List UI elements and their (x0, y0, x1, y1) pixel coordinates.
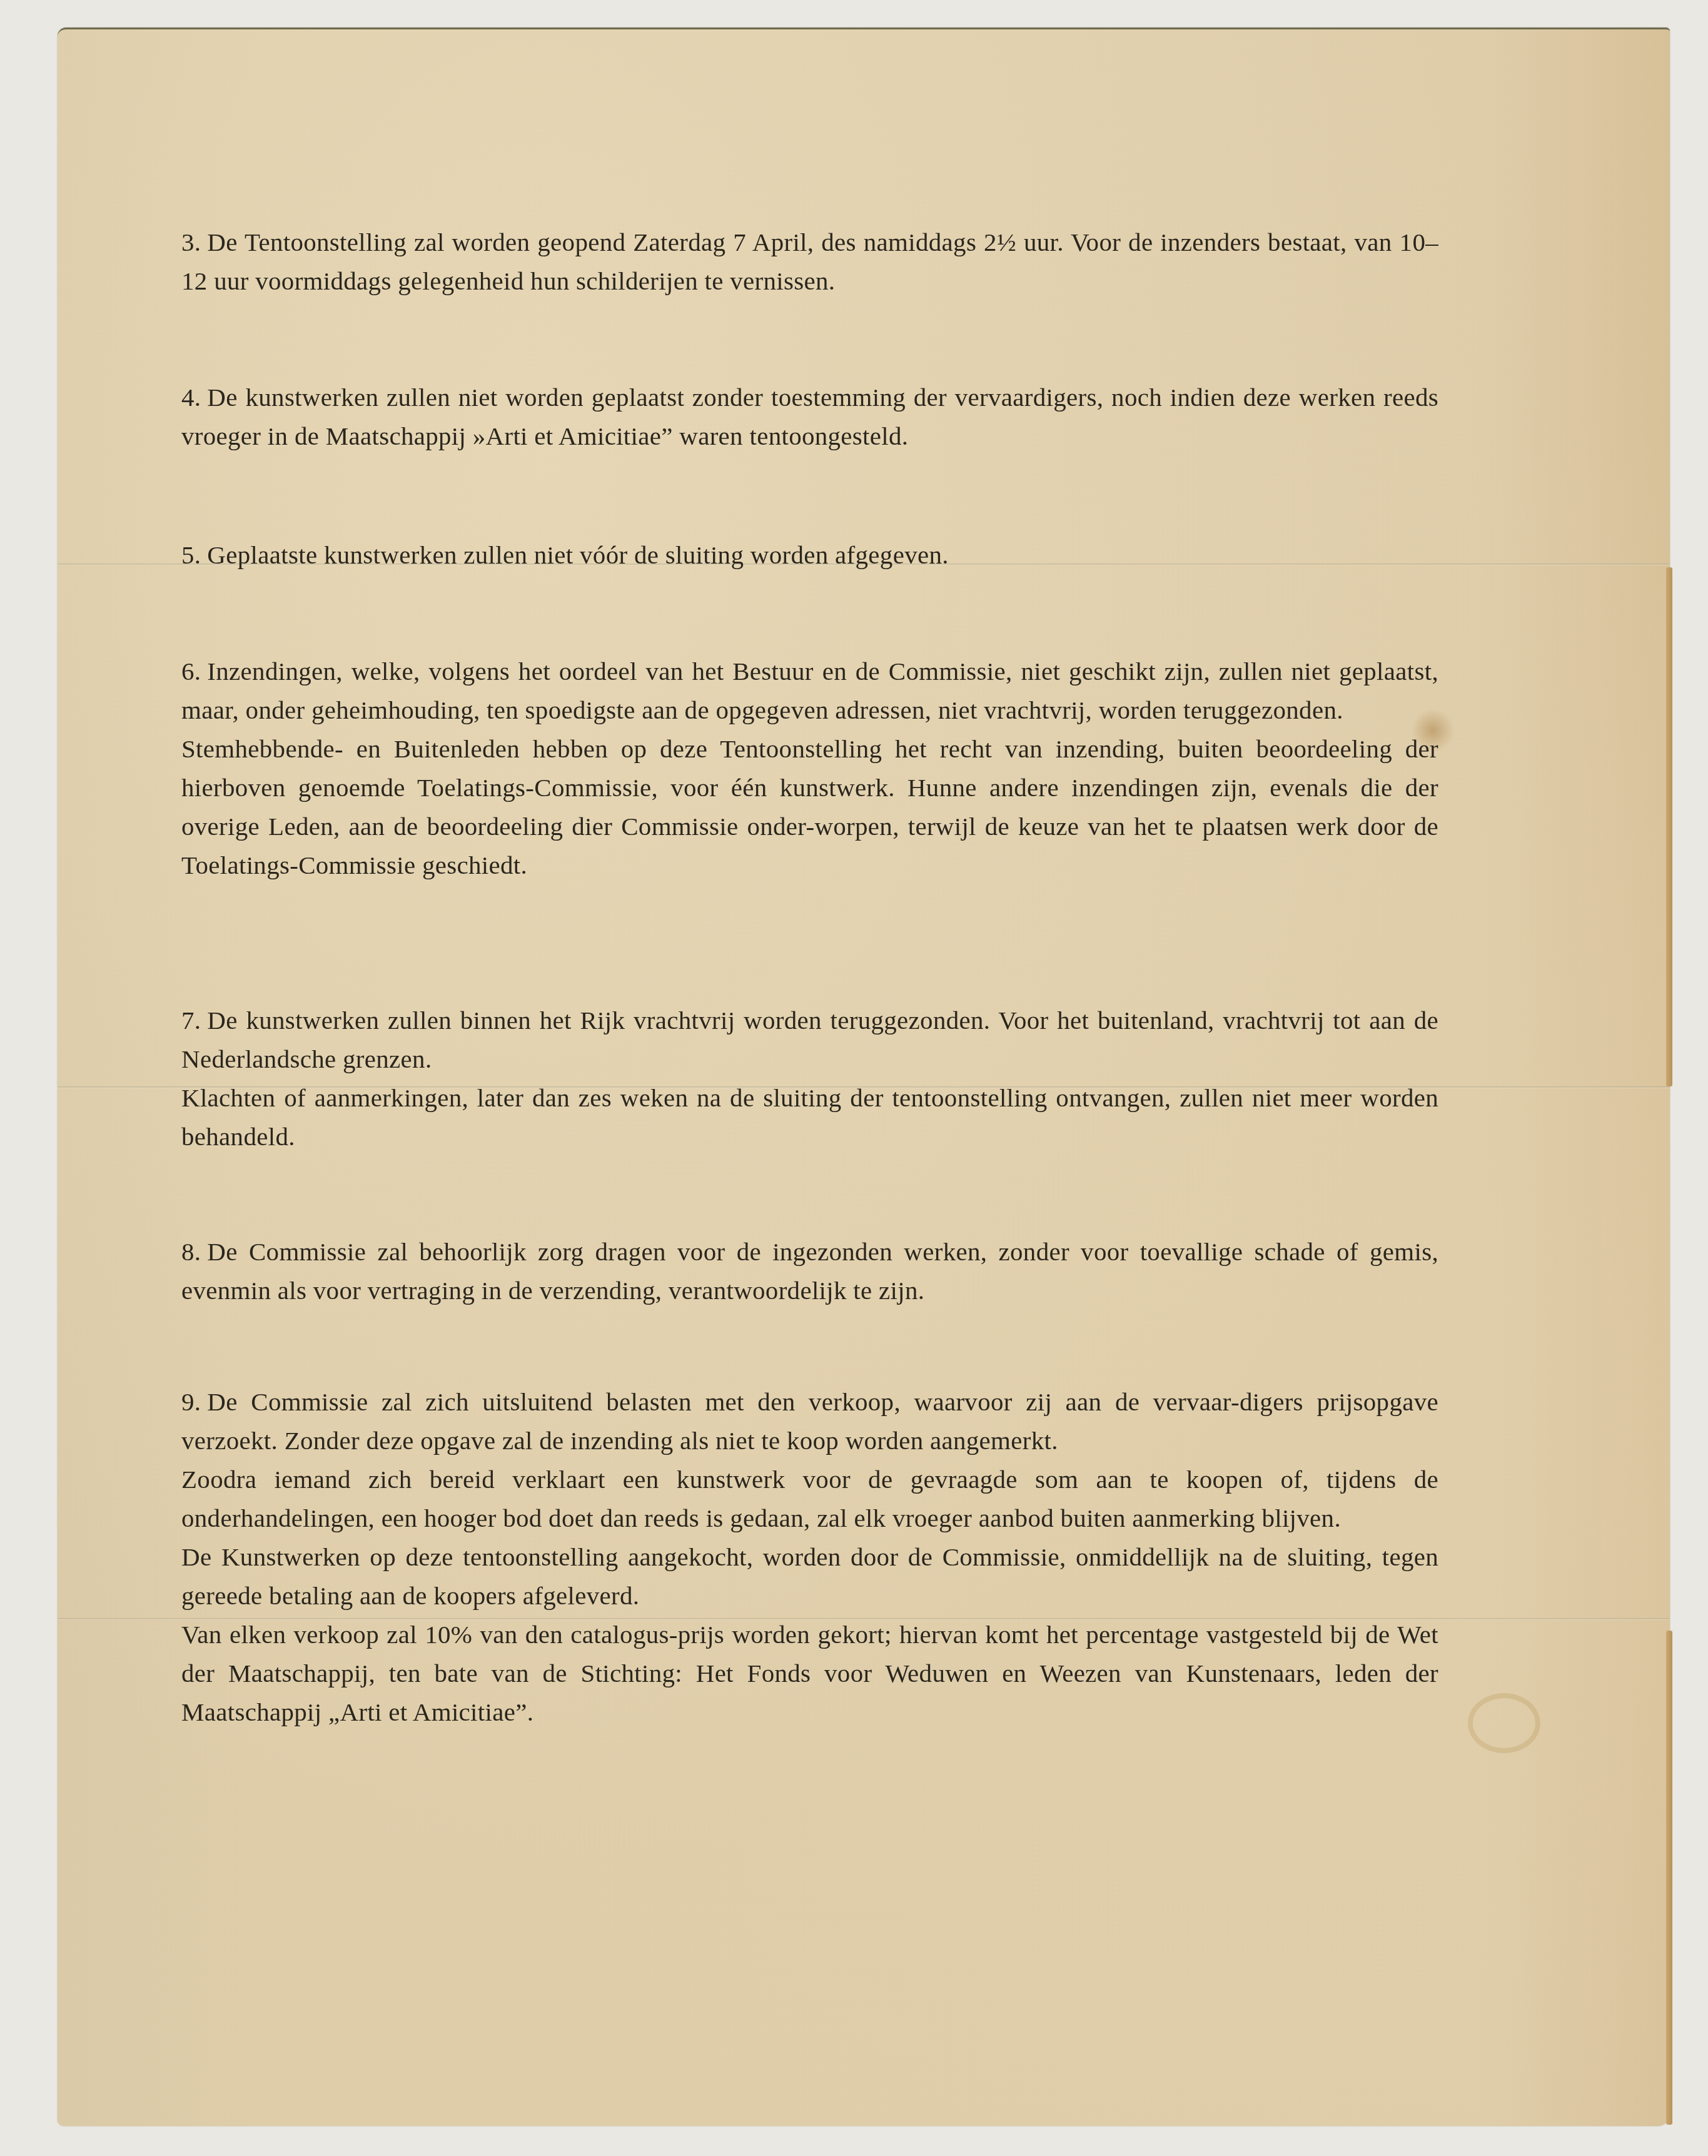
paper-torn-edge (1666, 567, 1672, 1086)
article-paragraph: Van elken verkoop zal 10% van den catalo… (181, 1615, 1438, 1731)
article-paragraph: Stemhebbende- en Buitenleden hebben op d… (181, 729, 1438, 884)
article-number: 9. (181, 1387, 201, 1416)
article-paragraph: De Tentoonstelling zal worden geopend Za… (181, 228, 1438, 295)
article-paragraph: De Commissie zal behoorlijk zorg dragen … (181, 1237, 1438, 1305)
article-paragraph: Klachten of aanmerkingen, later dan zes … (181, 1078, 1438, 1156)
article-3: 3.De Tentoonstelling zal worden geopend … (181, 223, 1438, 300)
article-paragraph: De Kunstwerken op deze tentoonstelling a… (181, 1537, 1438, 1615)
article-7: 7.De kunstwerken zullen binnen het Rijk … (181, 1001, 1438, 1156)
article-paragraph: Zoodra iemand zich bereid verklaart een … (181, 1460, 1438, 1537)
article-paragraph: Inzendingen, welke, volgens het oordeel … (181, 657, 1438, 724)
article-paragraph: Geplaatste kunstwerken zullen niet vóór … (207, 540, 948, 569)
paper-ring-stain (1468, 1693, 1540, 1753)
article-number: 7. (181, 1006, 201, 1035)
article-number: 8. (181, 1237, 201, 1266)
article-number: 3. (181, 228, 201, 256)
article-8: 8.De Commissie zal behoorlijk zorg drage… (181, 1232, 1438, 1310)
article-number: 5. (181, 540, 201, 569)
article-paragraph: De kunstwerken zullen niet worden geplaa… (181, 383, 1438, 450)
article-paragraph: De Commissie zal zich uitsluitend belast… (181, 1387, 1438, 1455)
article-9: 9.De Commissie zal zich uitsluitend bela… (181, 1382, 1438, 1731)
paper-torn-edge (1666, 1631, 1672, 2125)
article-paragraph: De kunstwerken zullen binnen het Rijk vr… (181, 1006, 1438, 1073)
article-6: 6.Inzendingen, welke, volgens het oordee… (181, 652, 1438, 884)
article-number: 4. (181, 383, 201, 412)
article-5: 5.Geplaatste kunstwerken zullen niet vóó… (181, 535, 1438, 574)
article-number: 6. (181, 657, 201, 686)
article-4: 4.De kunstwerken zullen niet worden gepl… (181, 378, 1438, 455)
